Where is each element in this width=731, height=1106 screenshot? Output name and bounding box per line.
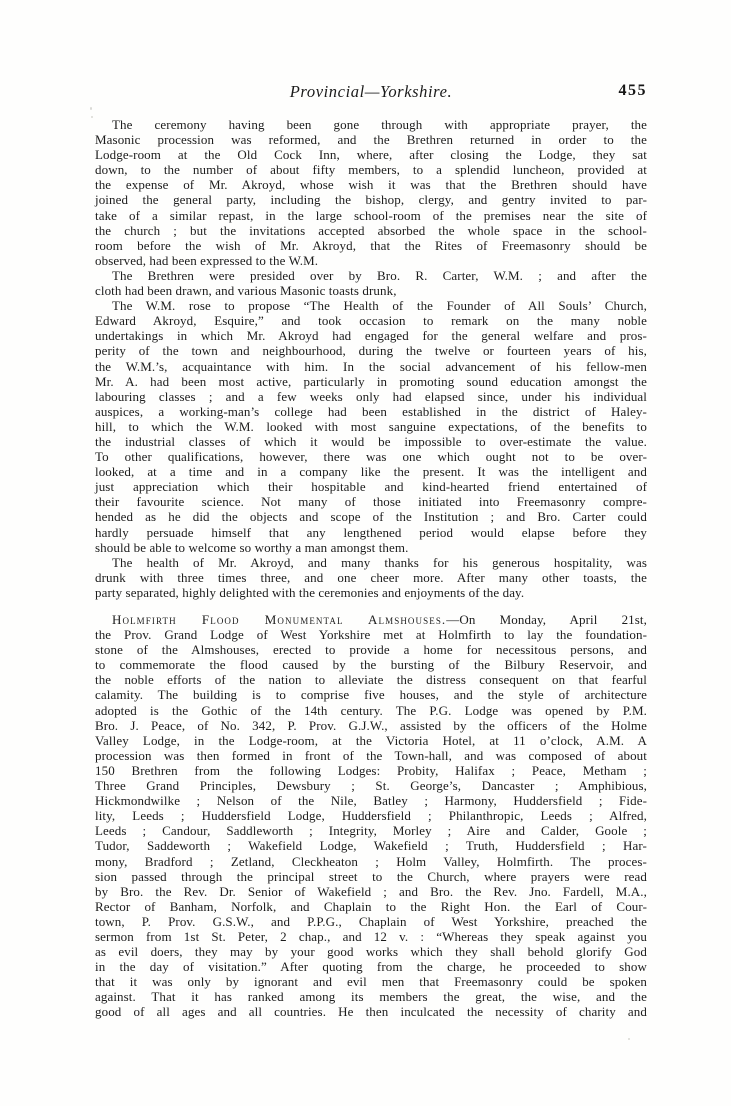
text-line: sion passed through the principal street… [95, 869, 647, 884]
text-line: perity of the town and neighbourhood, du… [95, 343, 647, 358]
scan-speck [628, 1038, 630, 1040]
text-line: their favourite science. Not many of tho… [95, 494, 647, 509]
text-line: cloth had been drawn, and various Masoni… [95, 283, 647, 298]
text-line: adopted is the Gothic of the 14th centur… [95, 703, 647, 718]
text-line: should be able to welcome so worthy a ma… [95, 540, 647, 555]
text-line: Rector of Banham, Norfolk, and Chaplain … [95, 899, 647, 914]
running-header-title: Provincial—Yorkshire. [95, 82, 647, 102]
text-line: hardly persuade himself that any lengthe… [95, 525, 647, 540]
text-line: The W.M. rose to propose “The Health of … [95, 298, 647, 313]
text-body: The ceremony having been gone through wi… [95, 117, 647, 1020]
text-line: stone of the Almshouses, erected to prov… [95, 642, 647, 657]
text-line: Leeds ; Candour, Saddleworth ; Integrity… [95, 823, 647, 838]
scan-speck [90, 107, 92, 110]
run-in-heading: Holmfirth Flood Monumental Almshouses. [112, 612, 446, 627]
text-line: Three Grand Principles, Dewsbury ; St. G… [95, 778, 647, 793]
text-line: hended as he did the objects and scope o… [95, 509, 647, 524]
text-line: The Brethren were presided over by Bro. … [95, 268, 647, 283]
text-line: lity, Leeds ; Huddersfield Lodge, Hudder… [95, 808, 647, 823]
text-line: The ceremony having been gone through wi… [95, 117, 647, 132]
text-line: Hickmondwilke ; Nelson of the Nile, Batl… [95, 793, 647, 808]
text-line: the industrial classes of which it would… [95, 434, 647, 449]
text-line: mony, Bradford ; Zetland, Cleckheaton ; … [95, 854, 647, 869]
text-line: labouring classes ; and a few weeks only… [95, 389, 647, 404]
text-line: hill, to which the W.M. looked with most… [95, 419, 647, 434]
text-line: room before the wish of Mr. Akroyd, that… [95, 238, 647, 253]
text-line: party separated, highly delighted with t… [95, 585, 647, 600]
text-line: the church ; but the invitations accepte… [95, 223, 647, 238]
text-line: drunk with three times three, and one ch… [95, 570, 647, 585]
text-line: Holmfirth Flood Monumental Almshouses.—O… [95, 612, 647, 627]
text-line: take of a similar repast, in the large s… [95, 208, 647, 223]
text-line: procession was then formed in front of t… [95, 748, 647, 763]
text-line: that it was only by ignorant and evil me… [95, 974, 647, 989]
text-line: the noble efforts of the nation to allev… [95, 672, 647, 687]
paragraph: The Brethren were presided over by Bro. … [95, 268, 647, 298]
text-line: The health of Mr. Akroyd, and many thank… [95, 555, 647, 570]
text-line: calamity. The building is to comprise fi… [95, 687, 647, 702]
text-line: town, P. Prov. G.S.W., and P.P.G., Chapl… [95, 914, 647, 929]
running-header: Provincial—Yorkshire. 455 [95, 82, 647, 102]
document-page: Provincial—Yorkshire. 455 The ceremony h… [0, 0, 731, 1106]
text-line: the W.M.’s, acquaintance with him. In th… [95, 359, 647, 374]
scan-speck [91, 116, 93, 118]
text-line: joined the general party, including the … [95, 192, 647, 207]
text-line: the Prov. Grand Lodge of West Yorkshire … [95, 627, 647, 642]
text-line: Valley Lodge, in the Lodge-room, at the … [95, 733, 647, 748]
text-line: by Bro. the Rev. Dr. Senior of Wakefield… [95, 884, 647, 899]
text-line: Tudor, Saddeworth ; Wakefield Lodge, Wak… [95, 838, 647, 853]
text-line: the expense of Mr. Akroyd, whose wish it… [95, 177, 647, 192]
paragraph: The health of Mr. Akroyd, and many thank… [95, 555, 647, 600]
text-line: sermon from 1st St. Peter, 2 chap., and … [95, 929, 647, 944]
text-line: just appreciation which their hospitable… [95, 479, 647, 494]
text-line: undertakings in which Mr. Akroyd had eng… [95, 328, 647, 343]
paragraph: Holmfirth Flood Monumental Almshouses.—O… [95, 612, 647, 1020]
text-line: 150 Brethren from the following Lodges: … [95, 763, 647, 778]
text-line: auspices, a working-man’s college had be… [95, 404, 647, 419]
text-line: in the day of visitation.” After quoting… [95, 959, 647, 974]
text-line: good of all ages and all countries. He t… [95, 1004, 647, 1019]
text-line: Bro. J. Peace, of No. 342, P. Prov. G.J.… [95, 718, 647, 733]
text-line: as evil doers, they may by your good wor… [95, 944, 647, 959]
text-line: looked, at a time and in a company like … [95, 464, 647, 479]
text-line: to commemorate the flood caused by the b… [95, 657, 647, 672]
page-number: 455 [619, 82, 648, 100]
text-line: down, to the number of about fifty membe… [95, 162, 647, 177]
text-line: Lodge-room at the Old Cock Inn, where, a… [95, 147, 647, 162]
text-line: To other qualifications, however, there … [95, 449, 647, 464]
text-line: Mr. A. had been most active, particularl… [95, 374, 647, 389]
text-line: observed, had been expressed to the W.M. [95, 253, 647, 268]
text-line: Masonic procession was reformed, and the… [95, 132, 647, 147]
paragraph: The W.M. rose to propose “The Health of … [95, 298, 647, 555]
text-line: against. That it has ranked among its me… [95, 989, 647, 1004]
text-line: Edward Akroyd, Esquire,” and took occasi… [95, 313, 647, 328]
paragraph: The ceremony having been gone through wi… [95, 117, 647, 268]
